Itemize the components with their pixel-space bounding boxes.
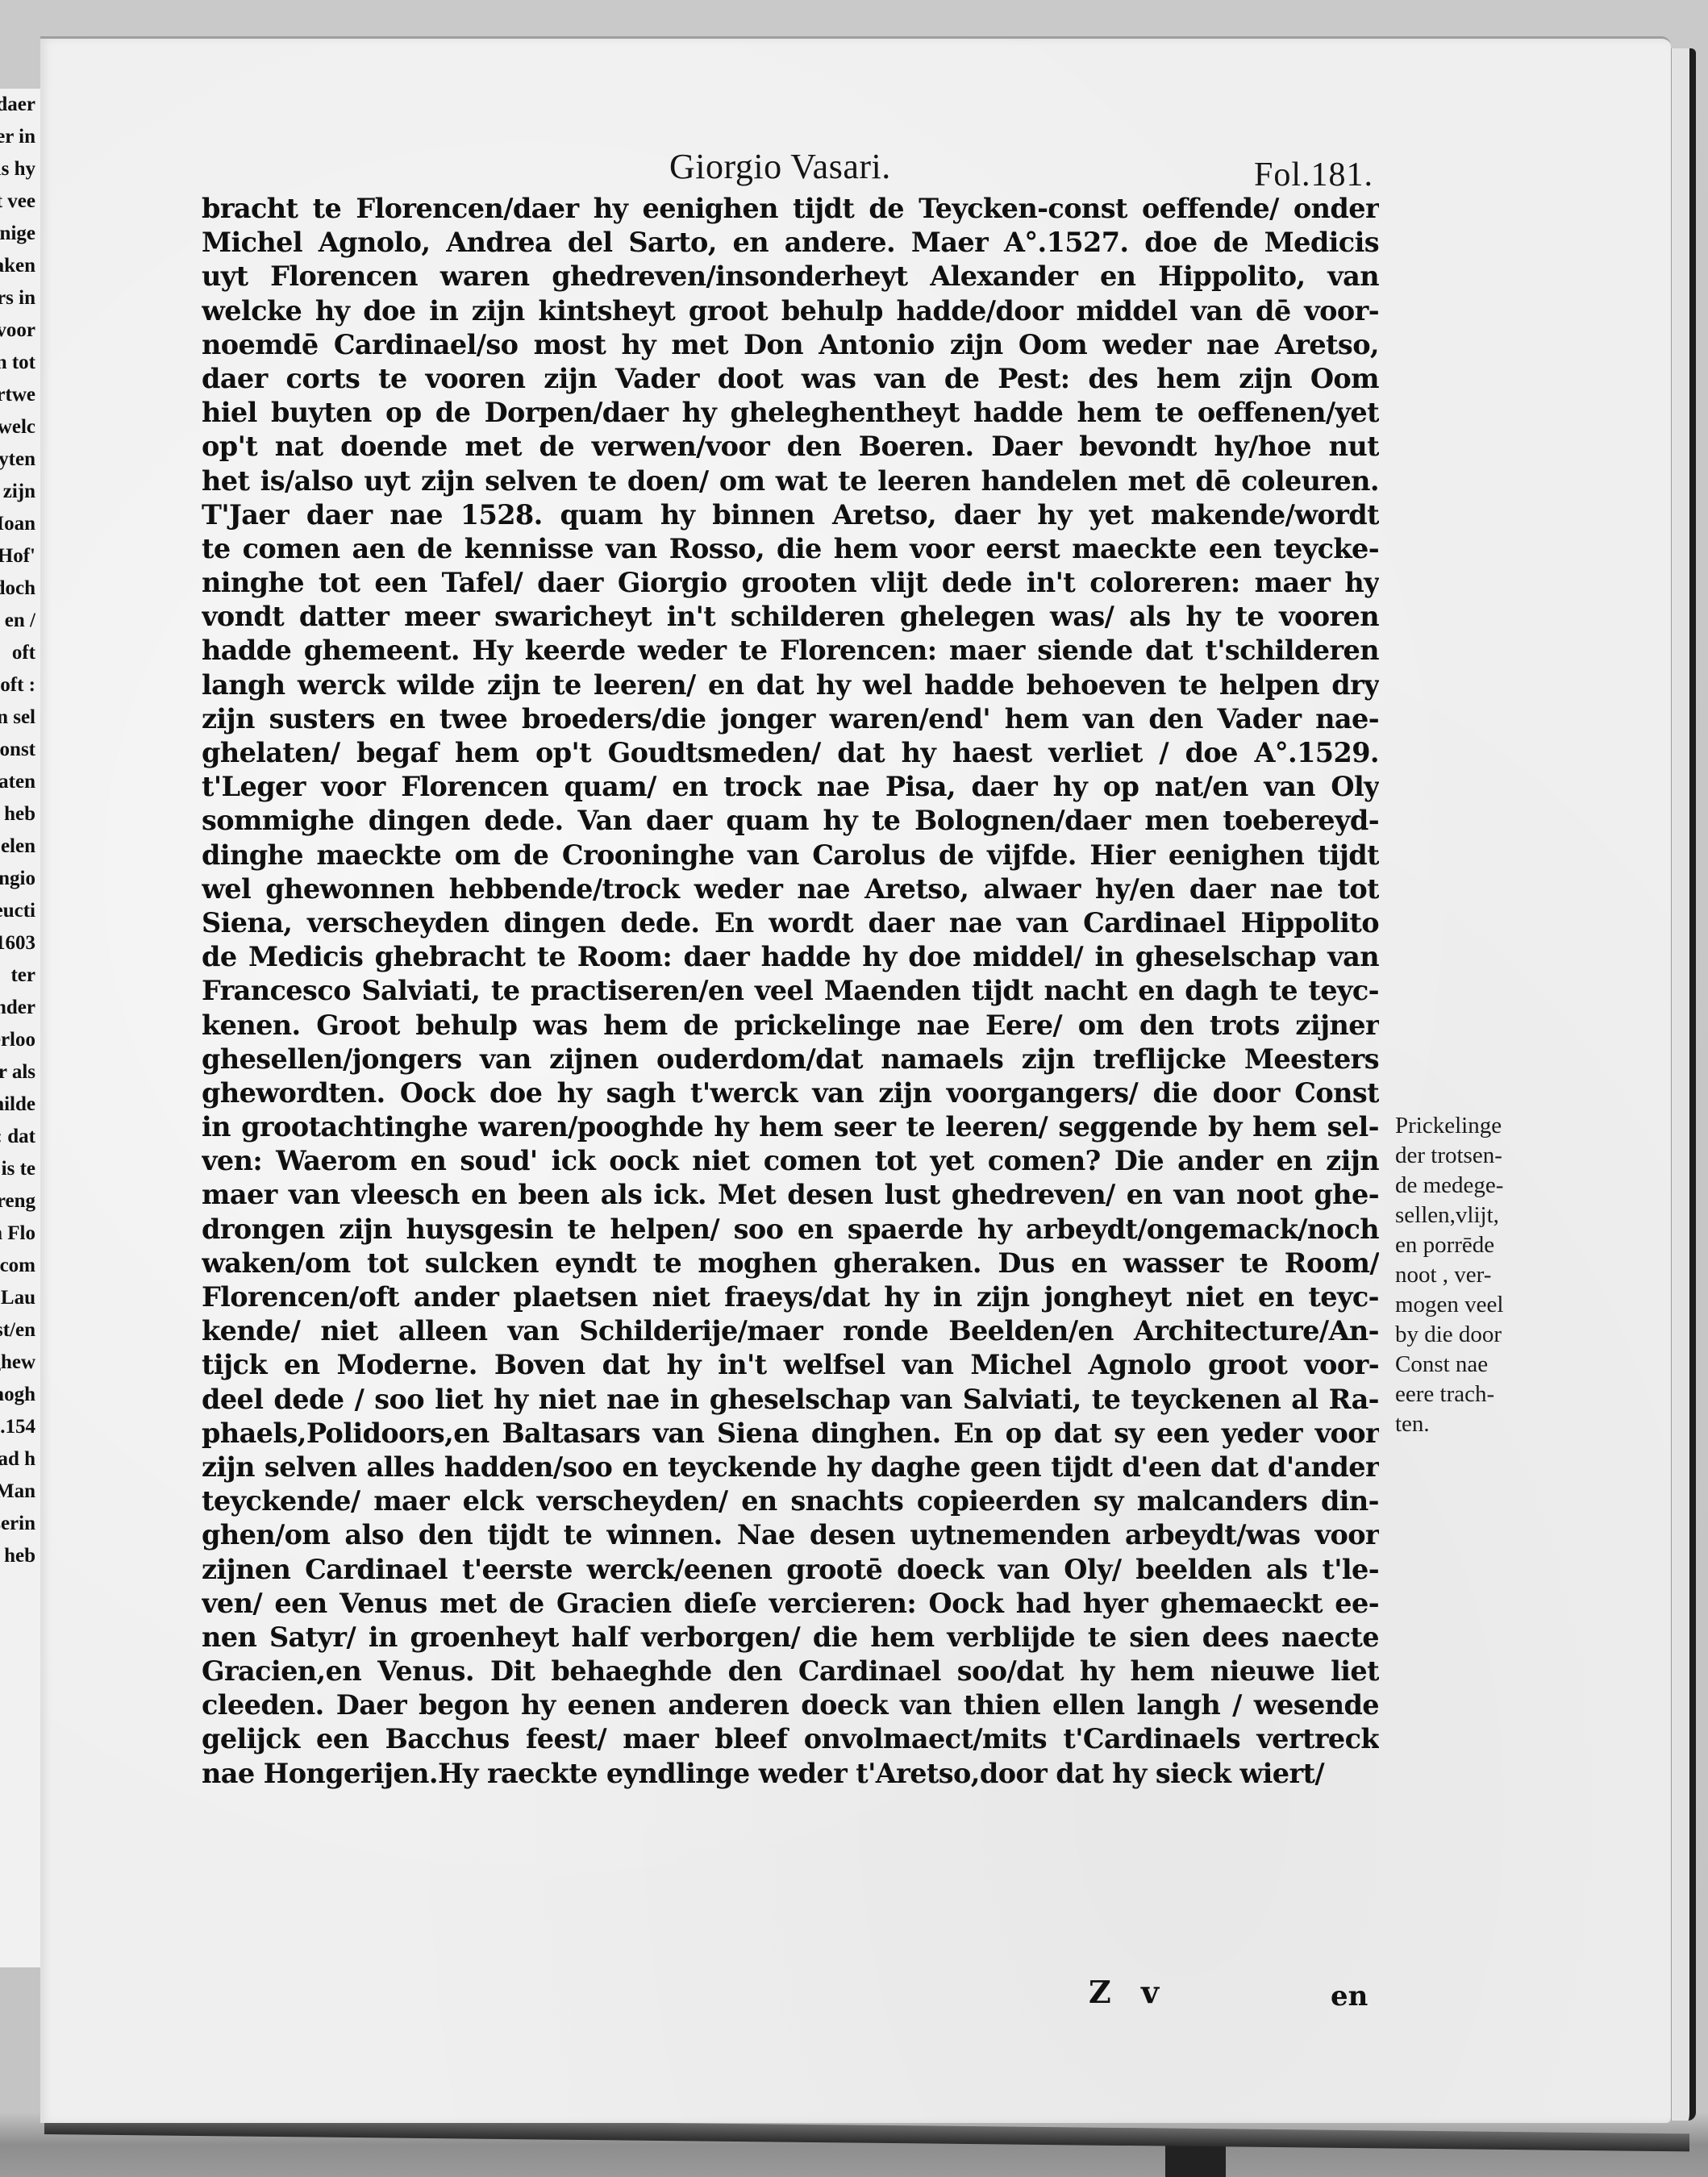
previous-page-text-fragment: er 1603, — [0, 927, 35, 959]
previous-page-text-fragment: / en — [0, 605, 35, 637]
previous-page-text-fragment: daer — [0, 89, 35, 121]
text-line: teyckende/ maer elck verscheyden/ en sna… — [202, 1484, 1379, 1518]
marginal-note-line: mogen veel — [1395, 1290, 1536, 1320]
marginal-note-line: Const nae — [1395, 1350, 1536, 1380]
previous-page-text-fragment: ertwe/ — [0, 379, 35, 411]
previous-page-text-fragment: Passerin — [0, 1508, 35, 1540]
previous-page-text-fragment: welc- — [0, 411, 35, 443]
previous-page-text-fragment: van Flo — [0, 1218, 35, 1250]
previous-page-text-fragment: n zijn, — [0, 476, 35, 508]
previous-page-text-fragment: uyten — [0, 443, 35, 476]
text-line: kenen. Groot behulp was hem de prickelin… — [202, 1009, 1379, 1043]
previous-page-text-fragment: y sonder — [0, 992, 35, 1024]
body-text: bracht te Florencen/daer hy eenighen tij… — [202, 192, 1379, 1791]
previous-page-text-fragment: 't Hof — [0, 540, 35, 572]
previous-page-text-fragment: heb — [0, 1540, 35, 1572]
previous-page-text-fragment: Const- — [0, 734, 35, 766]
marginal-note-line: ten. — [1395, 1409, 1536, 1439]
text-line: t'Leger voor Florencen quam/ en trock na… — [202, 770, 1379, 804]
text-line: nen Satyr/ in groenheyt half verborgen/ … — [202, 1621, 1379, 1655]
previous-page-text-fragment: A°.154 — [0, 1411, 35, 1443]
text-line: phaels,Polidoors,en Baltasars van Siena … — [202, 1417, 1379, 1451]
previous-page-text-fragment: en laten — [0, 766, 35, 798]
text-line: het is/also uyt zijn selven te doen/ om … — [202, 464, 1379, 498]
previous-page-text-fragment: ck ghew — [0, 1347, 35, 1379]
previous-page-text-fragment: verloo — [0, 1024, 35, 1056]
text-line: drongen zijn huysgesin te helpen/ soo en… — [202, 1213, 1379, 1247]
text-line: sommighe dingen dede. Van daer quam hy t… — [202, 804, 1379, 838]
marginal-note-line: noot , ver- — [1395, 1260, 1536, 1290]
running-head: Giorgio Vasari. — [669, 146, 891, 187]
marginal-note-line: eere trach- — [1395, 1380, 1536, 1409]
text-line: in grootachtinghe waren/pooghde hy hem s… — [202, 1110, 1379, 1144]
previous-page-text-fragment: er in — [0, 121, 35, 153]
text-line: vondt datter meer swaricheyt in't schild… — [202, 600, 1379, 634]
previous-page-text-fragment: te becom — [0, 1250, 35, 1282]
text-line: op't nat doende met de verwen/voor den B… — [202, 430, 1379, 464]
text-line: te comen aen de kennisse van Rosso, die … — [202, 532, 1379, 566]
text-line: Gracien,en Venus. Dit behaeghde den Card… — [202, 1655, 1379, 1688]
previous-page-text-fragment: Deucti — [0, 895, 35, 927]
marginal-note: Prickelingeder trotsen-de medege-sellen,… — [1395, 1111, 1536, 1439]
marginal-note-line: en porrēde — [1395, 1230, 1536, 1260]
previous-page-edge: daerer inls hyt vee-enigenakeners ino vo… — [0, 89, 44, 1967]
text-line: noemdē Cardinael/so most hy met Don Anto… — [202, 328, 1379, 362]
previous-page-text-fragment: doch — [0, 572, 35, 605]
previous-page-text-fragment: in had h — [0, 1443, 35, 1476]
text-line: tijck en Moderne. Boven dat hy in't welf… — [202, 1348, 1379, 1382]
text-line: gelijck een Bacchus feest/ maer bleef on… — [202, 1722, 1379, 1756]
page-stack-edge — [1669, 48, 1696, 2121]
text-line: deel dede / soo liet hy niet nae in ghes… — [202, 1383, 1379, 1417]
previous-page-text-fragment: e lust/en — [0, 1314, 35, 1347]
text-line: ninghe tot een Tafel/ daer Giorgio groot… — [202, 566, 1379, 600]
previous-page-text-fragment: van Lau — [0, 1282, 35, 1314]
previous-page-text-fragment: ben: dat — [0, 1121, 35, 1153]
text-line: ghelaten/ begaf hem op't Goudtsmeden/ da… — [202, 736, 1379, 770]
text-line: hiel buyten op de Dorpen/daer hy ghelegh… — [202, 396, 1379, 430]
text-line: welcke hy doe in zijn kintsheyt groot be… — [202, 294, 1379, 328]
marginal-note-line: de medege- — [1395, 1171, 1536, 1201]
previous-page-text-fragment: er is te — [0, 1153, 35, 1185]
text-line: bracht te Florencen/daer hy eenighen tij… — [202, 192, 1379, 226]
text-line: langh werck wilde zijn te leeren/ en dat… — [202, 668, 1379, 702]
marginal-note-line: Prickelinge — [1395, 1111, 1536, 1141]
previous-page-text-fragment: ers in — [0, 282, 35, 314]
text-line: de Medicis ghebracht te Room: daer hadde… — [202, 940, 1379, 974]
text-line: zijnen Cardinael t'eerste werck/eenen gr… — [202, 1553, 1379, 1587]
text-line: nae Hongerijen.Hy raeckte eyndlinge wede… — [202, 1757, 1379, 1791]
text-line: maer van vleesch en been als ick. Met de… — [202, 1178, 1379, 1212]
previous-page-text-fragment: ter — [0, 959, 35, 992]
previous-page-text-fragment: Ioan — [0, 508, 35, 540]
previous-page-text-fragment: oft — [0, 637, 35, 669]
text-line: hadde ghemeent. Hy keerde weder te Flore… — [202, 634, 1379, 668]
text-line: dinghe maeckte om de Crooninghe van Caro… — [202, 839, 1379, 872]
previous-page-text-fragment: van Man — [0, 1476, 35, 1508]
folio-number: Fol.181. — [1254, 156, 1373, 194]
text-line: ghesellen/jongers van zijnen ouderdom/da… — [202, 1043, 1379, 1076]
text-line: daer corts te vooren zijn Vader doot was… — [202, 362, 1379, 396]
text-line: zijn selven alles hadden/soo en teyckend… — [202, 1451, 1379, 1484]
marginal-note-line: by die door — [1395, 1320, 1536, 1350]
previous-page-text-fragment: : oft — [0, 669, 35, 701]
text-line: zijn susters en twee broeders/die jonger… — [202, 702, 1379, 736]
text-line: Florencen/oft ander plaetsen niet fraeys… — [202, 1280, 1379, 1314]
catchword: en — [1331, 1980, 1368, 2013]
text-line: ghen/om also den tijdt te winnen. Nae de… — [202, 1518, 1379, 1552]
book-page: Giorgio Vasari. Fol.181. bracht te Flore… — [40, 36, 1671, 2123]
previous-page-text-fragment: ls hy — [0, 153, 35, 185]
text-line: waken/om tot sulcken eyndt te moghen ghe… — [202, 1247, 1379, 1280]
previous-page-text-fragment: van heb — [0, 798, 35, 830]
text-line: ven: Waerom en soud' ick oock niet comen… — [202, 1144, 1379, 1178]
previous-page-text-fragment: an sel- — [0, 701, 35, 734]
previous-page-text-fragment: s ongio — [0, 863, 35, 895]
previous-page-text-fragment: Schilde — [0, 1088, 35, 1121]
text-line: Siena, verscheyden dingen dede. En wordt… — [202, 906, 1379, 940]
text-line: Michel Agnolo, Andrea del Sarto, en ande… — [202, 226, 1379, 260]
marginal-note-line: sellen,vlijt, — [1395, 1201, 1536, 1230]
marginal-note-line: der trotsen- — [1395, 1141, 1536, 1171]
previous-page-text-fragment: enige — [0, 218, 35, 250]
previous-page-text-fragment: rder als — [0, 1056, 35, 1088]
previous-page-text-fragment: te mogh — [0, 1379, 35, 1411]
previous-page-text-fragment: sciepelen — [0, 830, 35, 863]
signature-mark: Z v — [1089, 1974, 1169, 2010]
text-line: wel ghewonnen hebbende/trock weder nae A… — [202, 872, 1379, 906]
text-line: uyt Florencen waren ghedreven/insonderhe… — [202, 260, 1379, 293]
text-line: ghewordten. Oock doe hy sagh t'werck van… — [202, 1076, 1379, 1110]
text-line: cleeden. Daer begon hy eenen anderen doe… — [202, 1688, 1379, 1722]
previous-page-text-fragment: naken — [0, 250, 35, 282]
previous-page-text-fragment: en tot — [0, 347, 35, 379]
text-line: Francesco Salviati, te practiseren/en ve… — [202, 974, 1379, 1008]
text-line: T'Jaer daer nae 1528. quam hy binnen Are… — [202, 498, 1379, 532]
text-line: kende/ niet alleen van Schilderije/maer … — [202, 1314, 1379, 1348]
previous-page-text-fragment: ge breng — [0, 1185, 35, 1218]
previous-page-text-fragment: t vee- — [0, 185, 35, 218]
text-line: ven/ een Venus met de Gracien dieſe verc… — [202, 1587, 1379, 1621]
previous-page-text-fragment: o voor — [0, 314, 35, 347]
